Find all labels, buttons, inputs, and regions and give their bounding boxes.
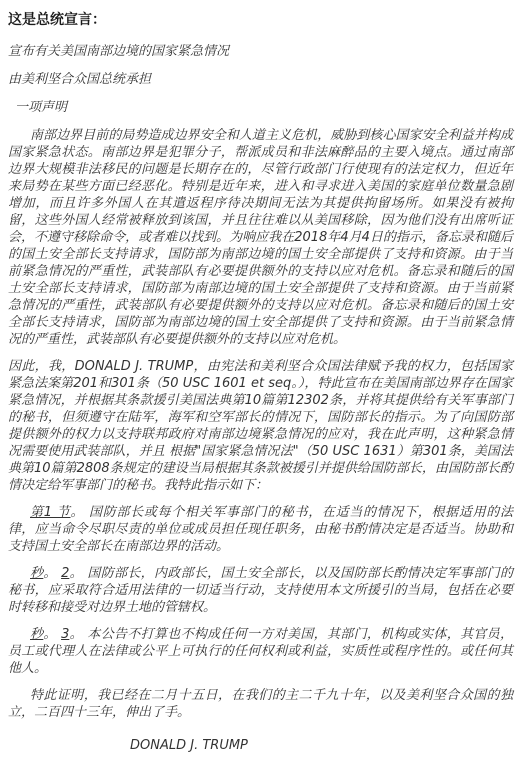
subtitle-line-by-president: 由美利坚合众国总统承担	[8, 71, 513, 88]
paragraph-border-crisis: 南部边界目前的局势造成边界安全和人道主义危机，威胁到核心国家安全利益并构成国家紧…	[8, 127, 513, 348]
closing-attestation: 特此证明，我已经在二月十五日，在我们的主二千九十年，以及美利坚合众国的独立，二百…	[8, 687, 513, 721]
subtitle-line-a-proclamation: 一项声明	[8, 99, 513, 116]
section-1: 第1 节。 国防部长或每个相关军事部门的秘书，在适当的情况下，根据适用的法律，应…	[8, 504, 513, 555]
paragraph-declaration: 因此，我，DONALD J. TRUMP，由宪法和美利坚合众国法律赋予我的权力，…	[8, 358, 513, 494]
section-3-separator-1: 。	[43, 627, 61, 642]
section-2-separator-2: 。	[69, 566, 87, 581]
section-1-separator: 。	[71, 505, 90, 520]
section-2: 秒。 2。 国防部长，内政部长，国土安全部长，以及国防部长酌情决定军事部门的秘书…	[8, 565, 513, 616]
signature-name: DONALD J. TRUMP	[130, 737, 513, 754]
section-3-separator-2: 。	[69, 627, 87, 642]
section-2-label: 秒	[30, 566, 43, 581]
section-3-label: 秒	[30, 627, 43, 642]
document-title: 这是总统宣言：	[8, 12, 513, 29]
subtitle-line-declaration: 宣布有关美国南部边境的国家紧急情况	[8, 43, 513, 60]
section-1-number: 第1 节	[30, 505, 71, 520]
document-page: { "page": { "background_color": "#ffffff…	[0, 0, 521, 764]
section-2-separator-1: 。	[43, 566, 61, 581]
section-3: 秒。 3。 本公告不打算也不构成任何一方对美国，其部门，机构或实体，其官员，员工…	[8, 626, 513, 677]
proclamation-document: 这是总统宣言： 宣布有关美国南部边境的国家紧急情况 由美利坚合众国总统承担 一项…	[8, 12, 513, 754]
